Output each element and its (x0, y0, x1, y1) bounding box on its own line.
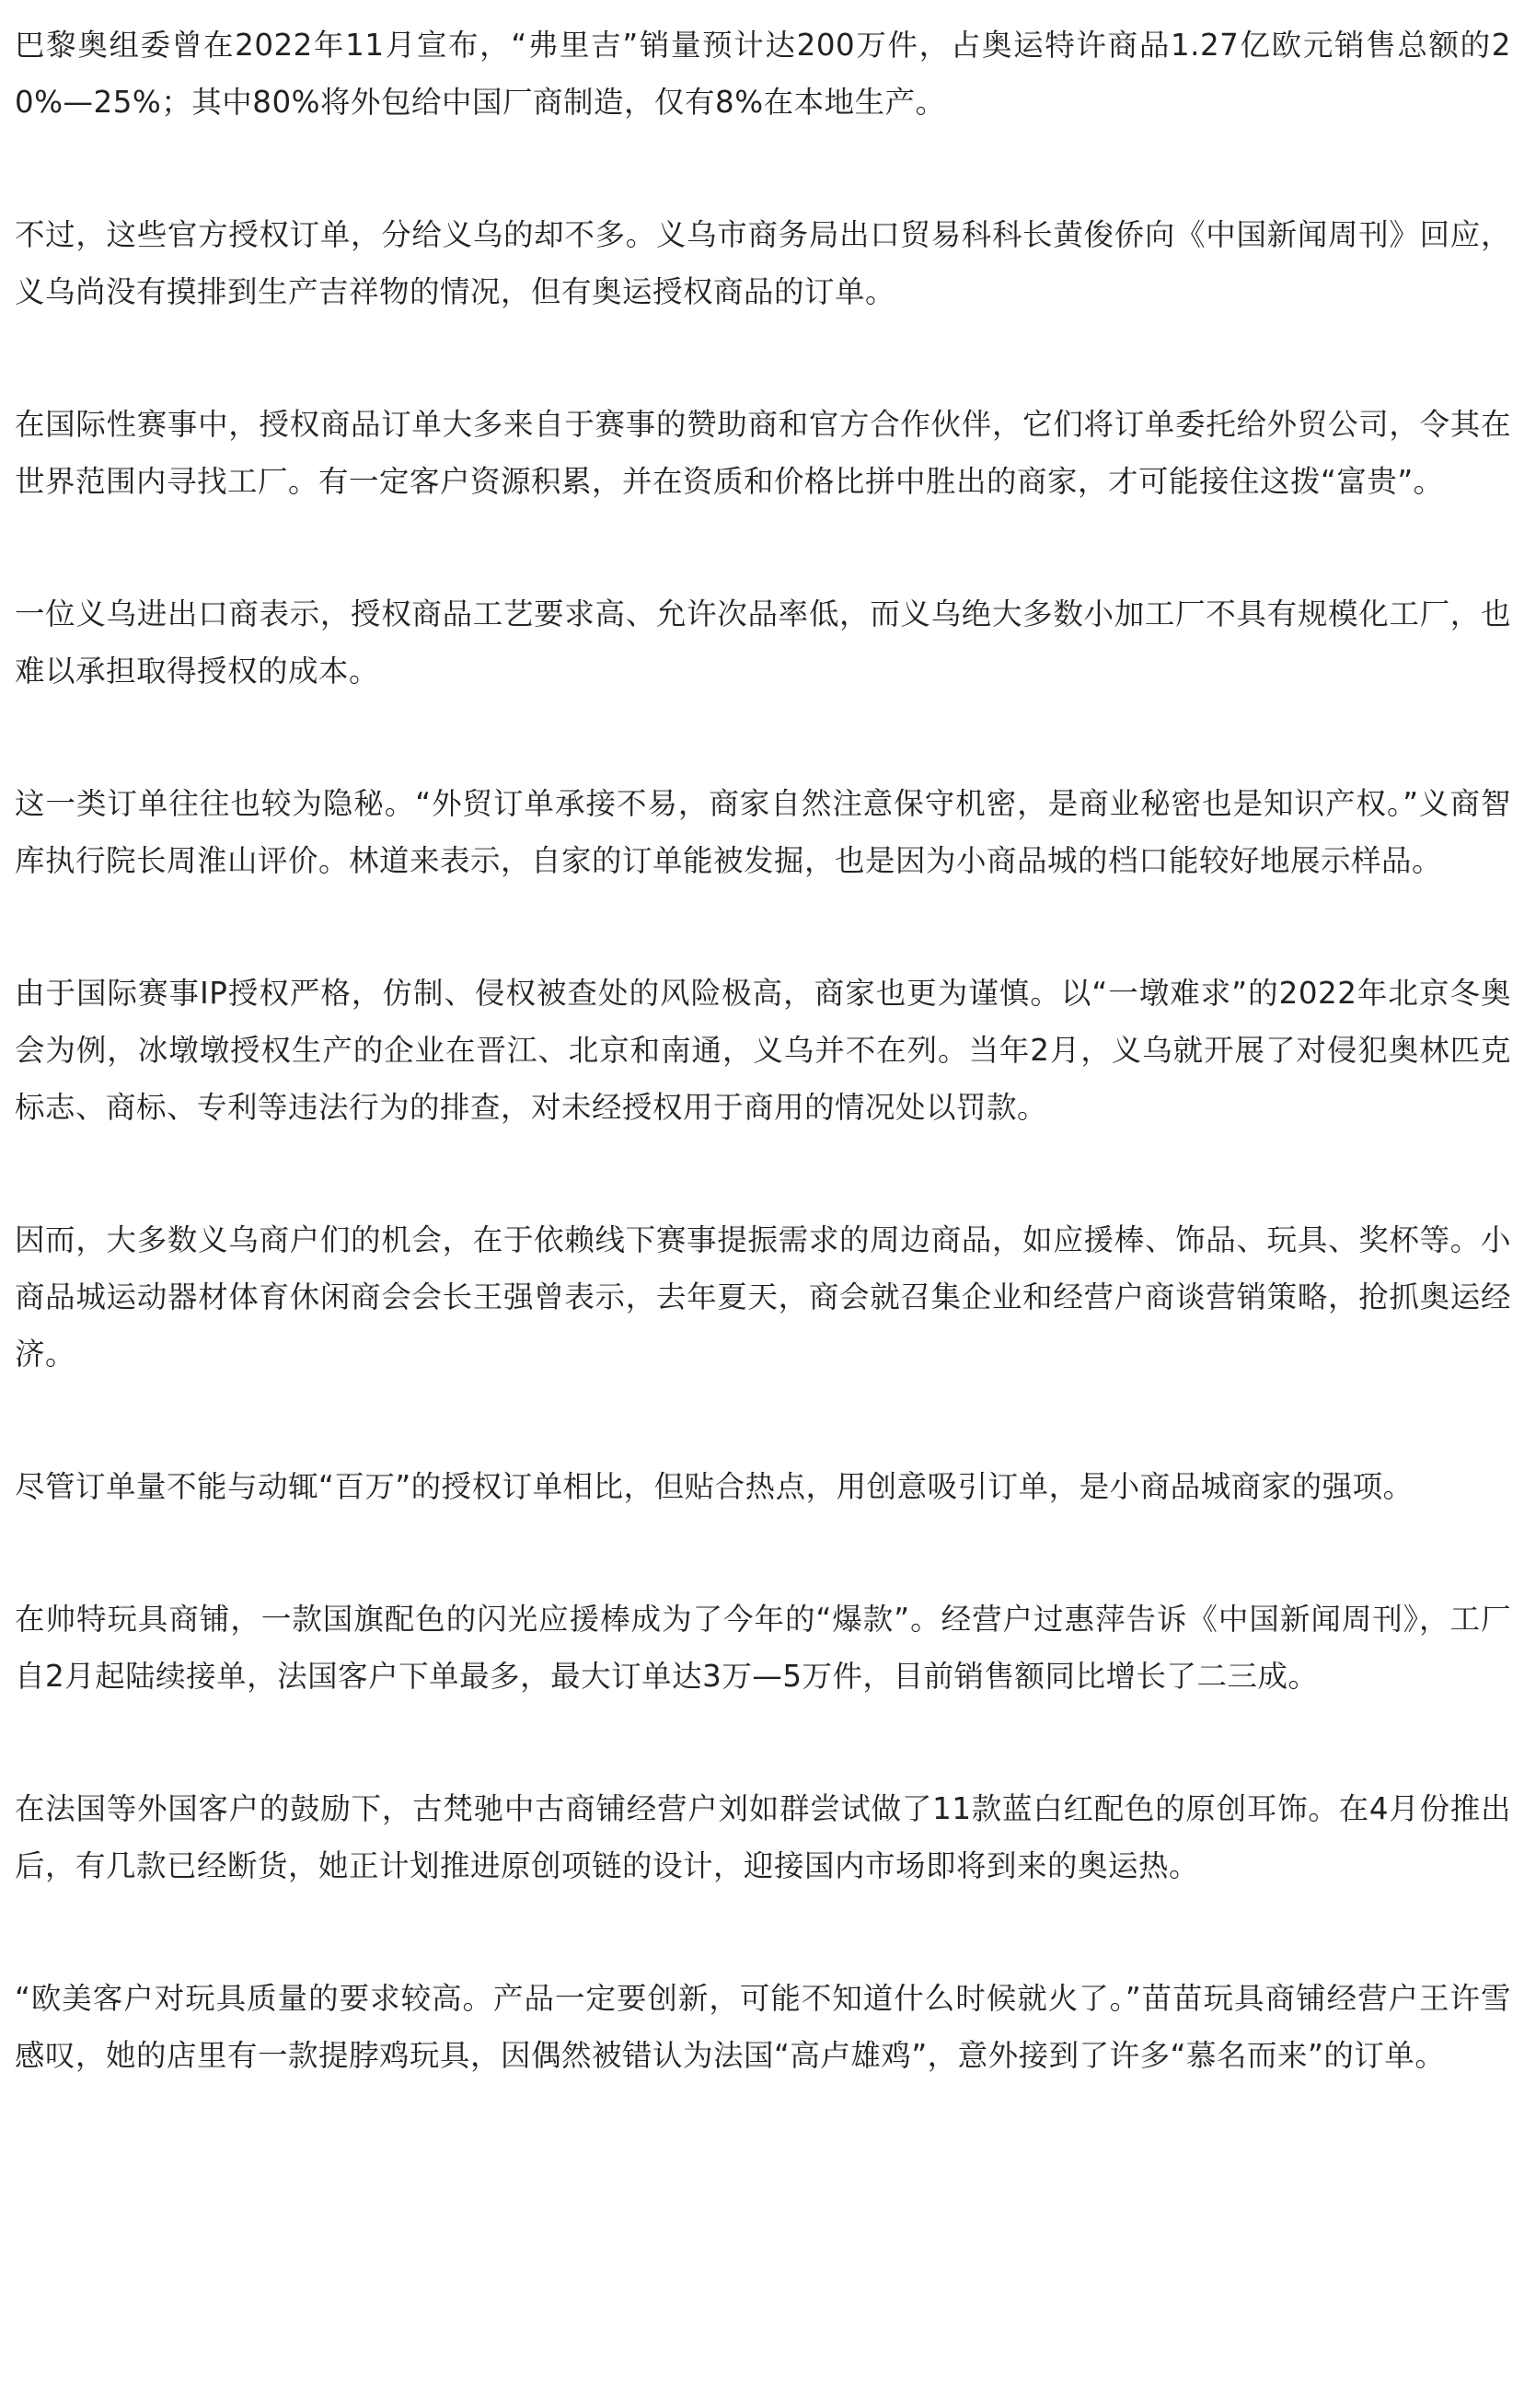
article-paragraph: 这一类订单往往也较为隐秘。“外贸订单承接不易，商家自然注意保守机密，是商业秘密也… (15, 775, 1511, 889)
article-paragraph: 在帅特玩具商铺，一款国旗配色的闪光应援棒成为了今年的“爆款”。经营户过惠萍告诉《… (15, 1591, 1511, 1705)
article-paragraph: 一位义乌进出口商表示，授权商品工艺要求高、允许次品率低，而义乌绝大多数小加工厂不… (15, 585, 1511, 700)
article-paragraph: 不过，这些官方授权订单，分给义乌的却不多。义乌市商务局出口贸易科科长黄俊侨向《中… (15, 206, 1511, 320)
article-paragraph: 尽管订单量不能与动辄“百万”的授权订单相比，但贴合热点，用创意吸引订单，是小商品… (15, 1458, 1511, 1515)
article-paragraph: 在法国等外国客户的鼓励下，古梵驰中古商铺经营户刘如群尝试做了11款蓝白红配色的原… (15, 1780, 1511, 1894)
article-paragraph: 巴黎奥组委曾在2022年11月宣布，“弗里吉”销量预计达200万件，占奥运特许商… (15, 17, 1511, 131)
article-paragraph: 由于国际赛事IP授权严格，仿制、侵权被查处的风险极高，商家也更为谨慎。以“一墩难… (15, 965, 1511, 1136)
article-paragraph: 因而，大多数义乌商户们的机会，在于依赖线下赛事提振需求的周边商品，如应援棒、饰品… (15, 1211, 1511, 1383)
article-body: 巴黎奥组委曾在2022年11月宣布，“弗里吉”销量预计达200万件，占奥运特许商… (15, 17, 1511, 2159)
article-paragraph: 在国际性赛事中，授权商品订单大多来自于赛事的赞助商和官方合作伙伴，它们将订单委托… (15, 396, 1511, 510)
article-paragraph: “欧美客户对玩具质量的要求较高。产品一定要创新，可能不知道什么时候就火了。”苗苗… (15, 1970, 1511, 2084)
